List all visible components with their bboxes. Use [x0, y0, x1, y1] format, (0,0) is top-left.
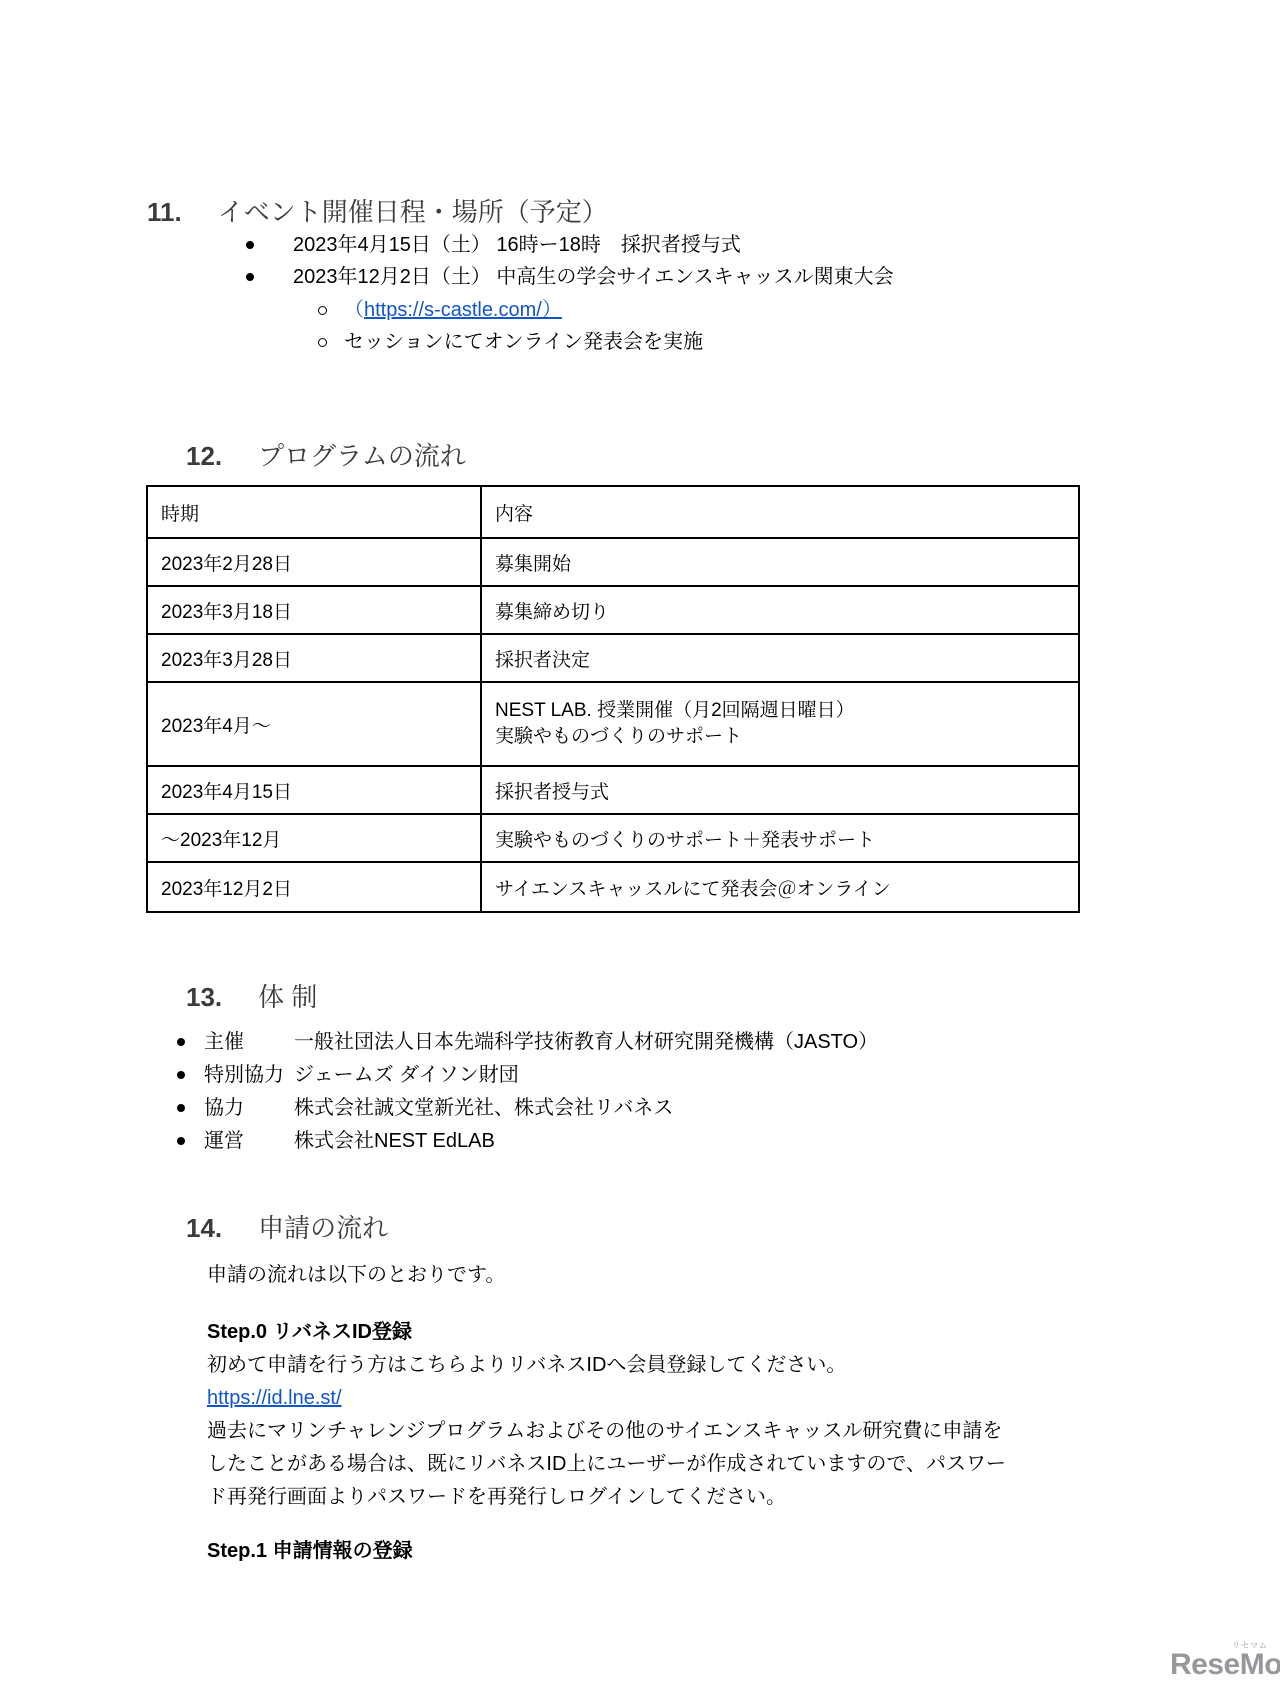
step1-title: Step.1 申請情報の登録 — [207, 1538, 413, 1564]
s-castle-link[interactable]: https://s-castle.com/） — [364, 299, 562, 321]
cell-period: 2023年2月28日 — [147, 538, 481, 586]
org-item-unei: 運営 株式会社NEST EdLAB — [177, 1128, 495, 1154]
org-role: 運営 — [204, 1128, 294, 1154]
org-name: 一般社団法人日本先端科学技術教育人材研究開発機構（JASTO） — [294, 1029, 878, 1055]
cell-content: NEST LAB. 授業開催（月2回隔週日曜日） 実験やものづくりのサポート — [481, 682, 1079, 766]
table-header-row: 時期 内容 — [147, 486, 1079, 538]
table-row: 2023年3月28日 採択者決定 — [147, 634, 1079, 682]
org-item-kyoryoku: 協力 株式会社誠文堂新光社、株式会社リバネス — [177, 1095, 673, 1121]
table-row: 2023年3月18日 募集締め切り — [147, 586, 1079, 634]
cell-content-line-2: 実験やものづくりのサポート — [495, 724, 1070, 750]
header-period: 時期 — [147, 486, 481, 538]
event-date-text: 2023年4月15日（土） 16時ー18時 採択者授与式 — [293, 232, 741, 258]
cell-content: 採択者授与式 — [481, 766, 1079, 814]
cell-period: 2023年12月2日 — [147, 862, 481, 912]
event-date-item-2: 2023年12月2日（土） 中高生の学会サイエンスキャッスル関東大会 — [246, 264, 894, 290]
step0-paragraph-line-1: 過去にマリンチャレンジプログラムおよびその他のサイエンスキャッスル研究費に申請を — [207, 1415, 1006, 1448]
table-row: 2023年12月2日 サイエンスキャッスルにて発表会＠オンライン — [147, 862, 1079, 912]
bullet-icon — [246, 273, 254, 281]
step0-paragraph-line-3: ド再発行画面よりパスワードを再発行しログインしてください。 — [207, 1481, 1006, 1514]
resemom-logo-text: ReseMom. — [1170, 1650, 1280, 1680]
event-link-line: （https://s-castle.com/） — [344, 297, 562, 323]
cell-period: ～2023年12月 — [147, 814, 481, 862]
event-sub-item-session: セッションにてオンライン発表会を実施 — [318, 329, 703, 355]
hollow-bullet-icon — [318, 306, 327, 315]
org-name: 株式会社誠文堂新光社、株式会社リバネス — [294, 1095, 673, 1121]
table-row: 2023年2月28日 募集開始 — [147, 538, 1079, 586]
bullet-icon — [177, 1071, 185, 1079]
program-schedule-table: 時期 内容 2023年2月28日 募集開始 2023年3月18日 募集締め切り … — [146, 485, 1080, 913]
section-13-heading: 13. 体 制 — [186, 983, 317, 1011]
table-row: 2023年4月15日 採択者授与式 — [147, 766, 1079, 814]
cell-period: 2023年4月15日 — [147, 766, 481, 814]
section-11-number: 11. — [147, 198, 182, 226]
step0-link-line: https://id.lne.st/ — [207, 1382, 1006, 1415]
step0-block: Step.0 リバネスID登録 初めて申請を行う方はこちらよりリバネスIDへ会員… — [207, 1316, 1006, 1514]
bullet-icon — [177, 1038, 185, 1046]
section-12-title: プログラムの流れ — [258, 442, 466, 470]
step0-title: Step.0 リバネスID登録 — [207, 1316, 1006, 1349]
section-11-heading: 11. イベント開催日程・場所（予定） — [147, 198, 608, 226]
event-session-text: セッションにてオンライン発表会を実施 — [344, 329, 703, 355]
section-14-title: 申請の流れ — [258, 1214, 388, 1242]
event-date-item-1: 2023年4月15日（土） 16時ー18時 採択者授与式 — [246, 232, 741, 258]
application-intro: 申請の流れは以下のとおりです。 — [207, 1262, 505, 1288]
section-11-title: イベント開催日程・場所（予定） — [218, 198, 608, 226]
cell-content: サイエンスキャッスルにて発表会＠オンライン — [481, 862, 1079, 912]
org-item-tokubetsu: 特別協力 ジェームズ ダイソン財団 — [177, 1062, 519, 1088]
bullet-icon — [246, 241, 254, 249]
bullet-icon — [177, 1104, 185, 1112]
section-12-number: 12. — [186, 442, 222, 470]
org-name: ジェームズ ダイソン財団 — [294, 1062, 519, 1088]
org-role: 協力 — [204, 1095, 294, 1121]
cell-content: 採択者決定 — [481, 634, 1079, 682]
step0-instruction: 初めて申請を行う方はこちらよりリバネスIDへ会員登録してください。 — [207, 1349, 1006, 1382]
bullet-icon — [177, 1137, 185, 1145]
lne-id-link[interactable]: https://id.lne.st/ — [207, 1387, 342, 1409]
cell-content: 募集開始 — [481, 538, 1079, 586]
cell-period: 2023年3月18日 — [147, 586, 481, 634]
org-item-shusai: 主催 一般社団法人日本先端科学技術教育人材研究開発機構（JASTO） — [177, 1029, 878, 1055]
event-sub-item-link: （https://s-castle.com/） — [318, 297, 562, 323]
org-name: 株式会社NEST EdLAB — [294, 1128, 495, 1154]
open-paren: （ — [344, 299, 364, 321]
cell-period: 2023年4月～ — [147, 682, 481, 766]
cell-content: 実験やものづくりのサポート＋発表サポート — [481, 814, 1079, 862]
cell-period: 2023年3月28日 — [147, 634, 481, 682]
org-role: 主催 — [204, 1029, 294, 1055]
section-14-number: 14. — [186, 1214, 222, 1242]
cell-content: 募集締め切り — [481, 586, 1079, 634]
table-row: 2023年4月～ NEST LAB. 授業開催（月2回隔週日曜日） 実験やものづ… — [147, 682, 1079, 766]
hollow-bullet-icon — [318, 338, 327, 347]
section-13-title: 体 制 — [258, 983, 317, 1011]
section-12-heading: 12. プログラムの流れ — [186, 442, 466, 470]
step0-paragraph-line-2: したことがある場合は、既にリバネスID上にユーザーが作成されていますので、パスワ… — [207, 1448, 1006, 1481]
event-date-text: 2023年12月2日（土） 中高生の学会サイエンスキャッスル関東大会 — [293, 264, 894, 290]
section-13-number: 13. — [186, 983, 222, 1011]
section-14-heading: 14. 申請の流れ — [186, 1214, 388, 1242]
header-content: 内容 — [481, 486, 1079, 538]
org-role: 特別協力 — [204, 1062, 294, 1088]
table-row: ～2023年12月 実験やものづくりのサポート＋発表サポート — [147, 814, 1079, 862]
resemom-logo: リセマム ReseMom. — [1170, 1641, 1280, 1680]
cell-content-line-1: NEST LAB. 授業開催（月2回隔週日曜日） — [495, 698, 1070, 724]
